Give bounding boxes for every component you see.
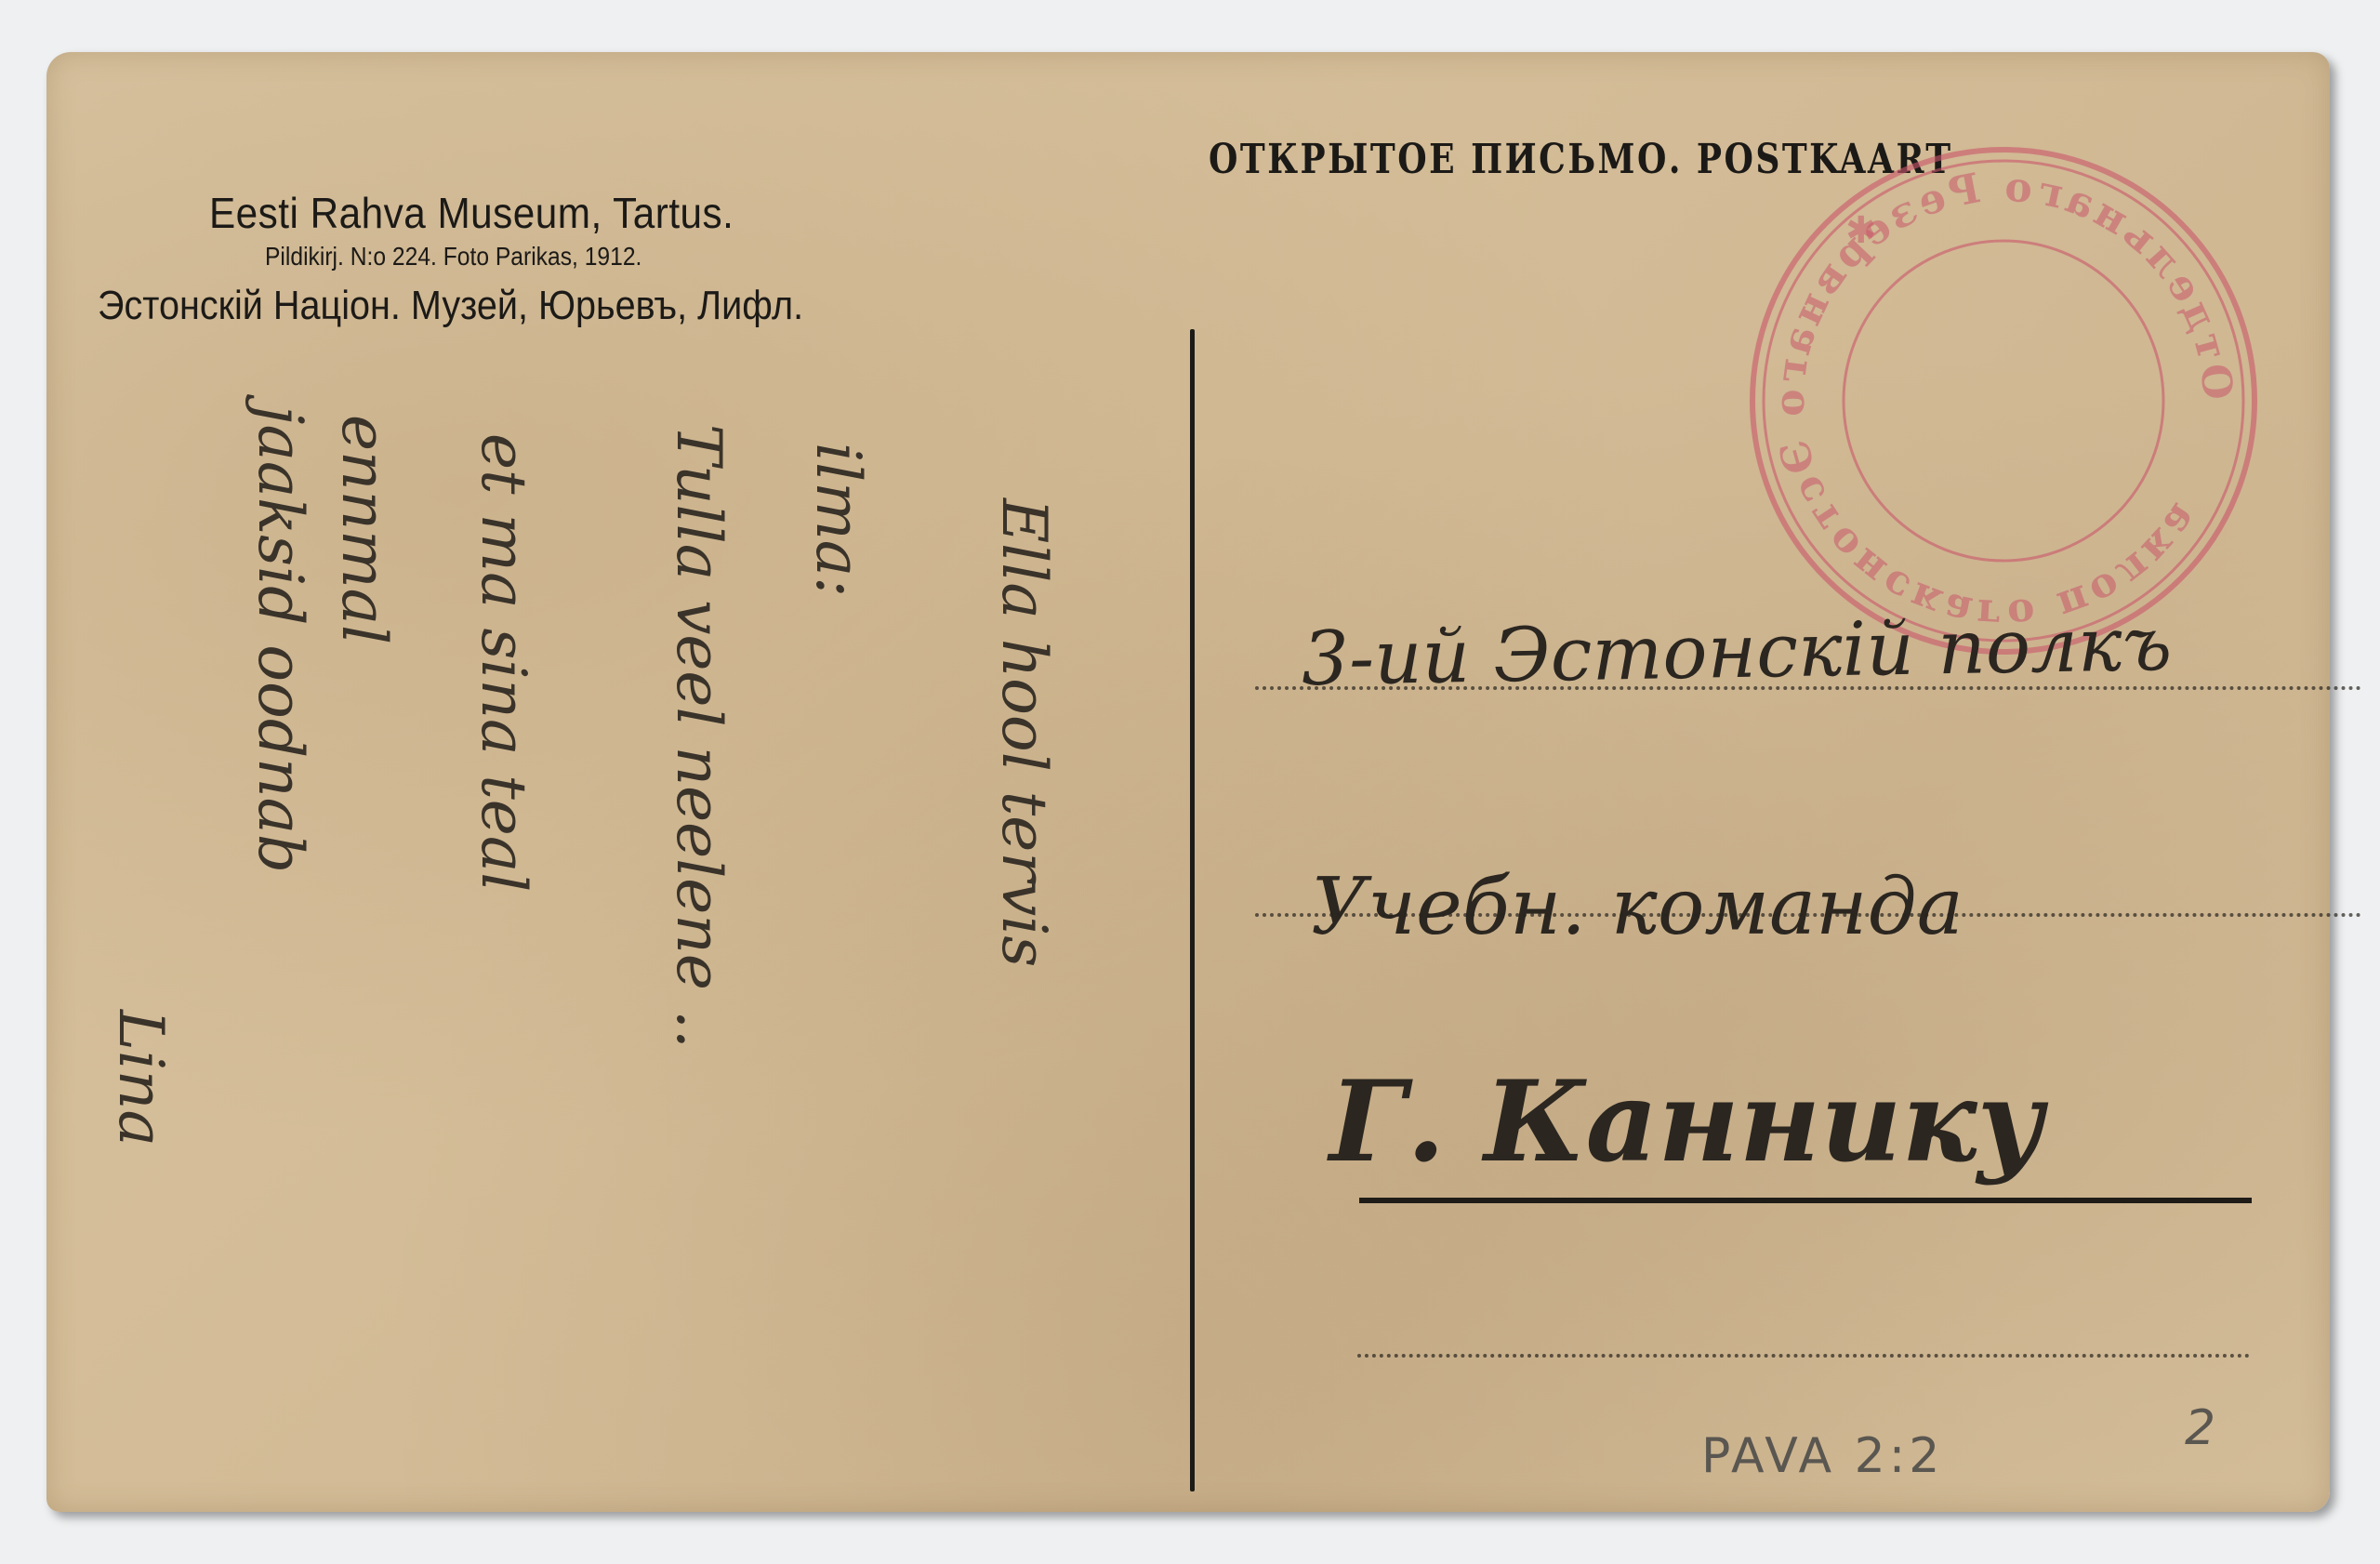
message-line: et ma sina teal [468,433,539,892]
address-dotted-line [1357,1354,2250,1358]
address-divider [1190,329,1195,1491]
archive-note: PAVA 2:2 [1701,1428,1943,1484]
publisher-russian: Эстонскій Націон. Музей, Юрьевъ, Лифл. [98,283,803,329]
address-underline [1359,1198,2252,1203]
postcard: Eesti Rahva Museum, Tartus. Pildikirj. N… [46,52,2330,1512]
publisher-subtitle: Pildikirj. N:o 224. Foto Parikas, 1912. [265,242,641,272]
svg-text:Отдельнаго Резервнаго Эстонска: Отдельнаго Резервнаго Эстонскаго полка [1766,163,2241,638]
publisher-title: Eesti Rahva Museum, Tartus. [209,188,734,238]
regiment-stamp-icon: Отдельнаго Резервнаго Эстонскаго полка ✱ [1734,131,2273,670]
address-line-3: Г. Каннику [1329,1056,2044,1187]
address-line-2: Учебн. команда [1311,861,1963,952]
message-line: ilma: [802,443,874,597]
message-line: Tulla veel neelene .. [663,424,734,1049]
address-dotted-line [1255,913,2361,917]
svg-text:✱: ✱ [1845,209,1877,252]
page-marker: 2 [2185,1400,2219,1456]
message-line: ennmal [328,415,400,644]
message-line: jaaksid oodnab [245,405,316,873]
message-line: Lina [105,1010,177,1146]
address-dotted-line [1255,686,2361,690]
message-line: Ella hool tervis [988,498,1060,967]
